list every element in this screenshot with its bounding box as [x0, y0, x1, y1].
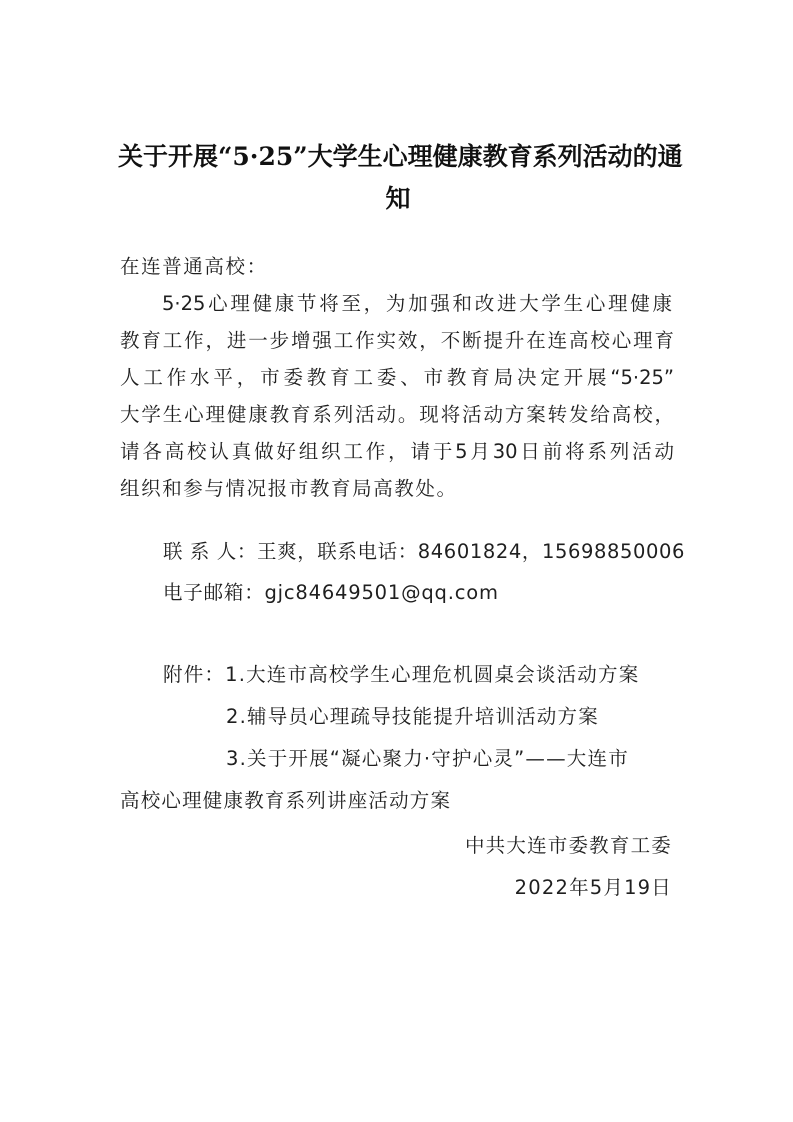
signature-issuer: 中共大连市委教育工委	[465, 834, 672, 858]
document-page: 关于开展“5·25”大学生心理健康教育系列活动的通 知 在连普通高校： 5·25…	[0, 0, 793, 1122]
document-title-line-2: 知	[118, 184, 678, 214]
body-paragraph-line: 组织和参与情况报市教育局高教处。	[120, 477, 458, 501]
body-paragraph-line: 5·25心理健康节将至，为加强和改进大学生心理健康	[162, 292, 672, 316]
body-paragraph-line: 请各高校认真做好组织工作，请于5月30日前将系列活动	[120, 440, 674, 464]
signature-date: 2022年5月19日	[515, 876, 672, 900]
body-paragraph-line: 教育工作，进一步增强工作实效，不断提升在连高校心理育	[120, 329, 674, 353]
attachment-item-3-continued: 高校心理健康教育系列讲座活动方案	[120, 789, 451, 813]
contact-email-line: 电子邮箱：gjc84649501@qq.com	[163, 581, 499, 605]
body-paragraph-line: 大学生心理健康教育系列活动。现将活动方案转发给高校，	[120, 403, 674, 427]
attachment-item-1: 附件：1.大连市高校学生心理危机圆桌会谈活动方案	[163, 663, 639, 687]
salutation: 在连普通高校：	[120, 255, 268, 279]
attachment-item-2: 2.辅导员心理疏导技能提升培训活动方案	[226, 705, 599, 729]
document-title-line-1: 关于开展“5·25”大学生心理健康教育系列活动的通	[118, 142, 678, 172]
attachment-item-3: 3.关于开展“凝心聚力·守护心灵”——大连市	[226, 747, 629, 771]
contact-line: 联 系 人：王爽，联系电话：84601824，15698850006	[163, 540, 685, 564]
body-paragraph-line: 人工作水平，市委教育工委、市教育局决定开展“5·25”	[120, 366, 674, 390]
